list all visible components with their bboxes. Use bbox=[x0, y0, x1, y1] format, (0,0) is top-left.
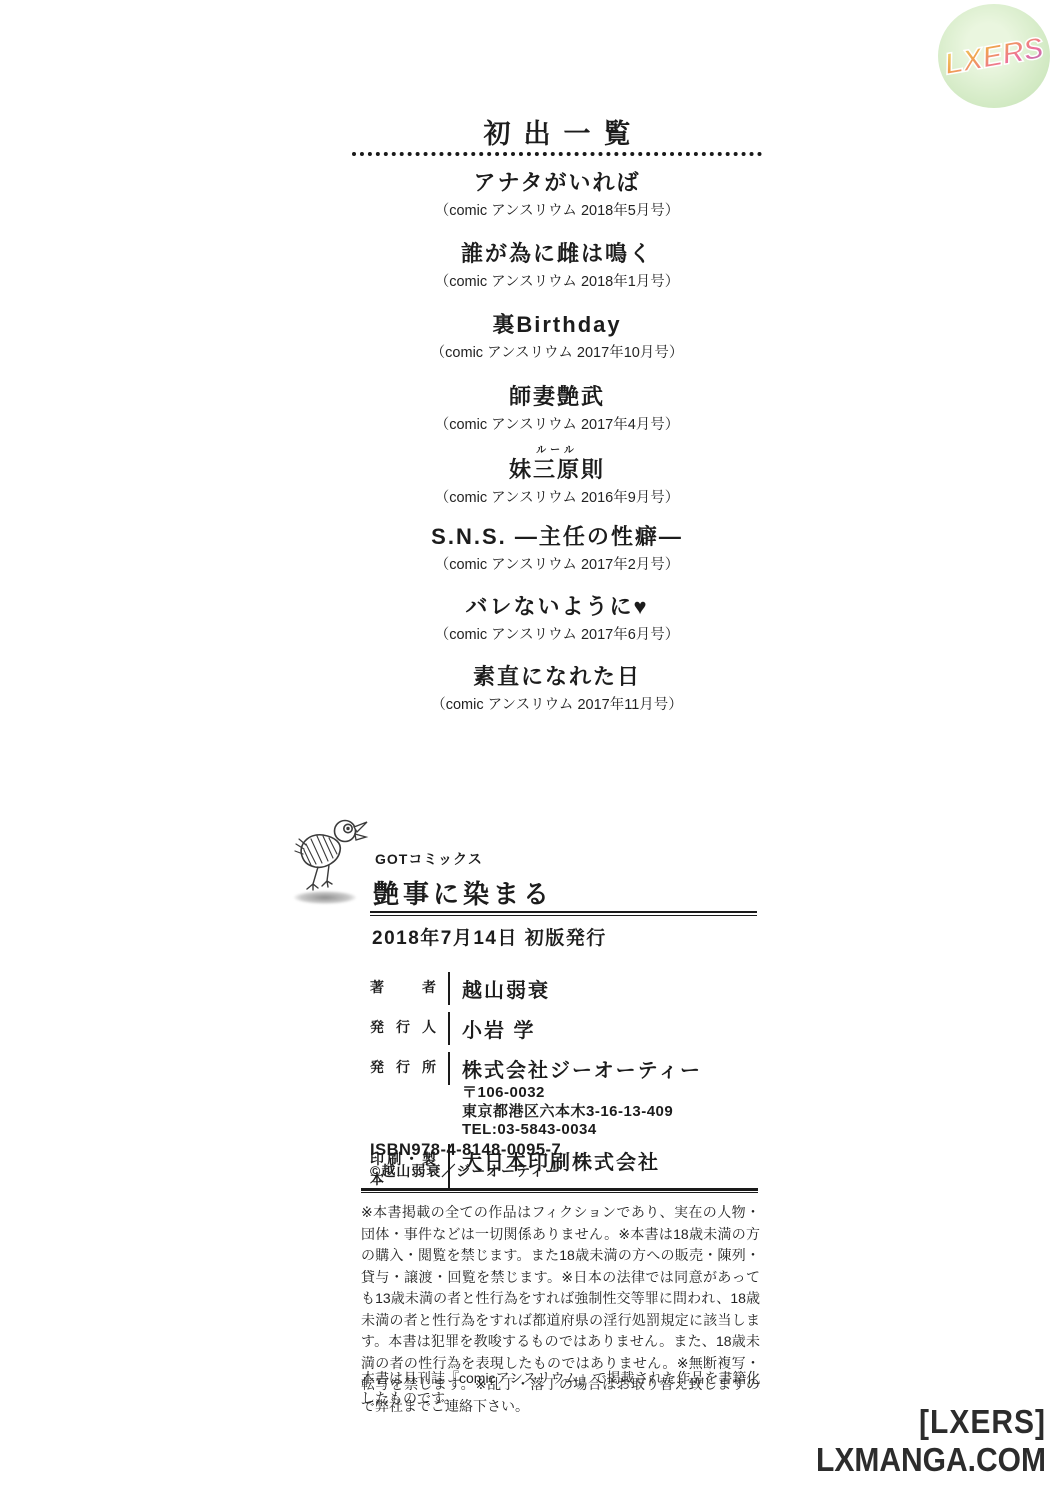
row-value-publisher-person: 小岩 学 bbox=[450, 1012, 536, 1045]
isbn: ISBN978-4-8148-0095-7 bbox=[370, 1141, 561, 1160]
copyright: ©越山弱衰／ジーオーティー bbox=[370, 1161, 560, 1181]
edition-date: 2018年7月14日 初版発行 bbox=[372, 923, 607, 950]
row-label-publisher-person: 発行人 bbox=[370, 1012, 436, 1045]
stamp-line1: [LXERS] bbox=[786, 1404, 1046, 1442]
list-item: 素直になれた日 （comic アンスリウム 2017年11月号） bbox=[345, 664, 769, 714]
work-title: 妹三原則 bbox=[345, 457, 769, 483]
row-label-author: 著者 bbox=[370, 972, 436, 1005]
stamp-line2: LXMANGA.COM bbox=[786, 1442, 1046, 1480]
work-title: 裏Birthday bbox=[345, 312, 769, 338]
work-title: 誰が為に雌は鳴く bbox=[345, 241, 769, 267]
row-label-publisher: 発行所 bbox=[370, 1052, 436, 1085]
lxers-stamp: [LXERS] LXMANGA.COM bbox=[786, 1404, 1046, 1480]
row-value-author: 越山弱衰 bbox=[450, 972, 550, 1005]
publisher-address: 〒106-0032 東京都港区六本木3-16-13-409 TEL:03-584… bbox=[462, 1084, 760, 1140]
disclaimer-top-rule bbox=[361, 1188, 758, 1193]
lxers-logo-text: LXERS bbox=[942, 32, 1046, 82]
book-title: 艶事に染まる bbox=[373, 874, 553, 911]
work-source: （comic アンスリウム 2017年11月号） bbox=[345, 693, 769, 714]
lxers-circle-logo: LXERS bbox=[938, 4, 1050, 108]
work-title: バレないように♥ bbox=[345, 594, 769, 620]
work-source: （comic アンスリウム 2017年2月号） bbox=[345, 553, 769, 574]
list-item: バレないように♥ （comic アンスリウム 2017年6月号） bbox=[345, 594, 769, 644]
bird-shadow bbox=[294, 891, 356, 904]
phone-number: TEL:03-5843-0034 bbox=[462, 1121, 760, 1140]
page-title: 初出一覧 bbox=[349, 112, 765, 151]
title-underline bbox=[370, 911, 757, 916]
work-source: （comic アンスリウム 2018年1月号） bbox=[345, 270, 769, 291]
list-item: ルール 妹三原則 （comic アンスリウム 2016年9月号） bbox=[345, 441, 769, 507]
work-title: アナタがいれば bbox=[345, 170, 769, 196]
street-address: 東京都港区六本木3-16-13-409 bbox=[462, 1103, 760, 1122]
colophon-page: LXERS 初出一覧 アナタがいれば （comic アンスリウム 2018年5月… bbox=[0, 0, 1058, 1500]
dotted-divider bbox=[352, 152, 762, 156]
list-item: 誰が為に雌は鳴く （comic アンスリウム 2018年1月号） bbox=[345, 241, 769, 291]
bird-icon bbox=[292, 814, 370, 894]
lxers-logo-icon: LXERS bbox=[938, 4, 1050, 108]
postal-code: 〒106-0032 bbox=[462, 1084, 760, 1103]
furigana-label: ルール bbox=[345, 441, 769, 456]
work-source: （comic アンスリウム 2018年5月号） bbox=[345, 199, 769, 220]
list-item: アナタがいれば （comic アンスリウム 2018年5月号） bbox=[345, 170, 769, 220]
table-row: 著者 越山弱衰 bbox=[370, 972, 760, 1005]
imprint-label: GOTコミックス bbox=[375, 849, 483, 869]
list-item: S.N.S. ―主任の性癖― （comic アンスリウム 2017年2月号） bbox=[345, 524, 769, 574]
list-item: 師妻艶武 （comic アンスリウム 2017年4月号） bbox=[345, 384, 769, 434]
work-title: S.N.S. ―主任の性癖― bbox=[345, 524, 769, 550]
work-title: 師妻艶武 bbox=[345, 384, 769, 410]
work-source: （comic アンスリウム 2016年9月号） bbox=[345, 486, 769, 507]
publisher-bird-logo bbox=[292, 814, 370, 899]
list-item: 裏Birthday （comic アンスリウム 2017年10月号） bbox=[345, 312, 769, 362]
work-source: （comic アンスリウム 2017年4月号） bbox=[345, 413, 769, 434]
work-title: 素直になれた日 bbox=[345, 664, 769, 690]
work-source: （comic アンスリウム 2017年10月号） bbox=[345, 341, 769, 362]
work-source: （comic アンスリウム 2017年6月号） bbox=[345, 623, 769, 644]
table-row: 発行所 株式会社ジーオーティー bbox=[370, 1052, 760, 1085]
table-row: 発行人 小岩 学 bbox=[370, 1012, 760, 1045]
serialization-note: 本書は月刊誌『comicアンスリウム』で掲載された作品を書籍化したものです。 bbox=[361, 1368, 771, 1408]
row-value-publisher: 株式会社ジーオーティー bbox=[450, 1052, 702, 1085]
